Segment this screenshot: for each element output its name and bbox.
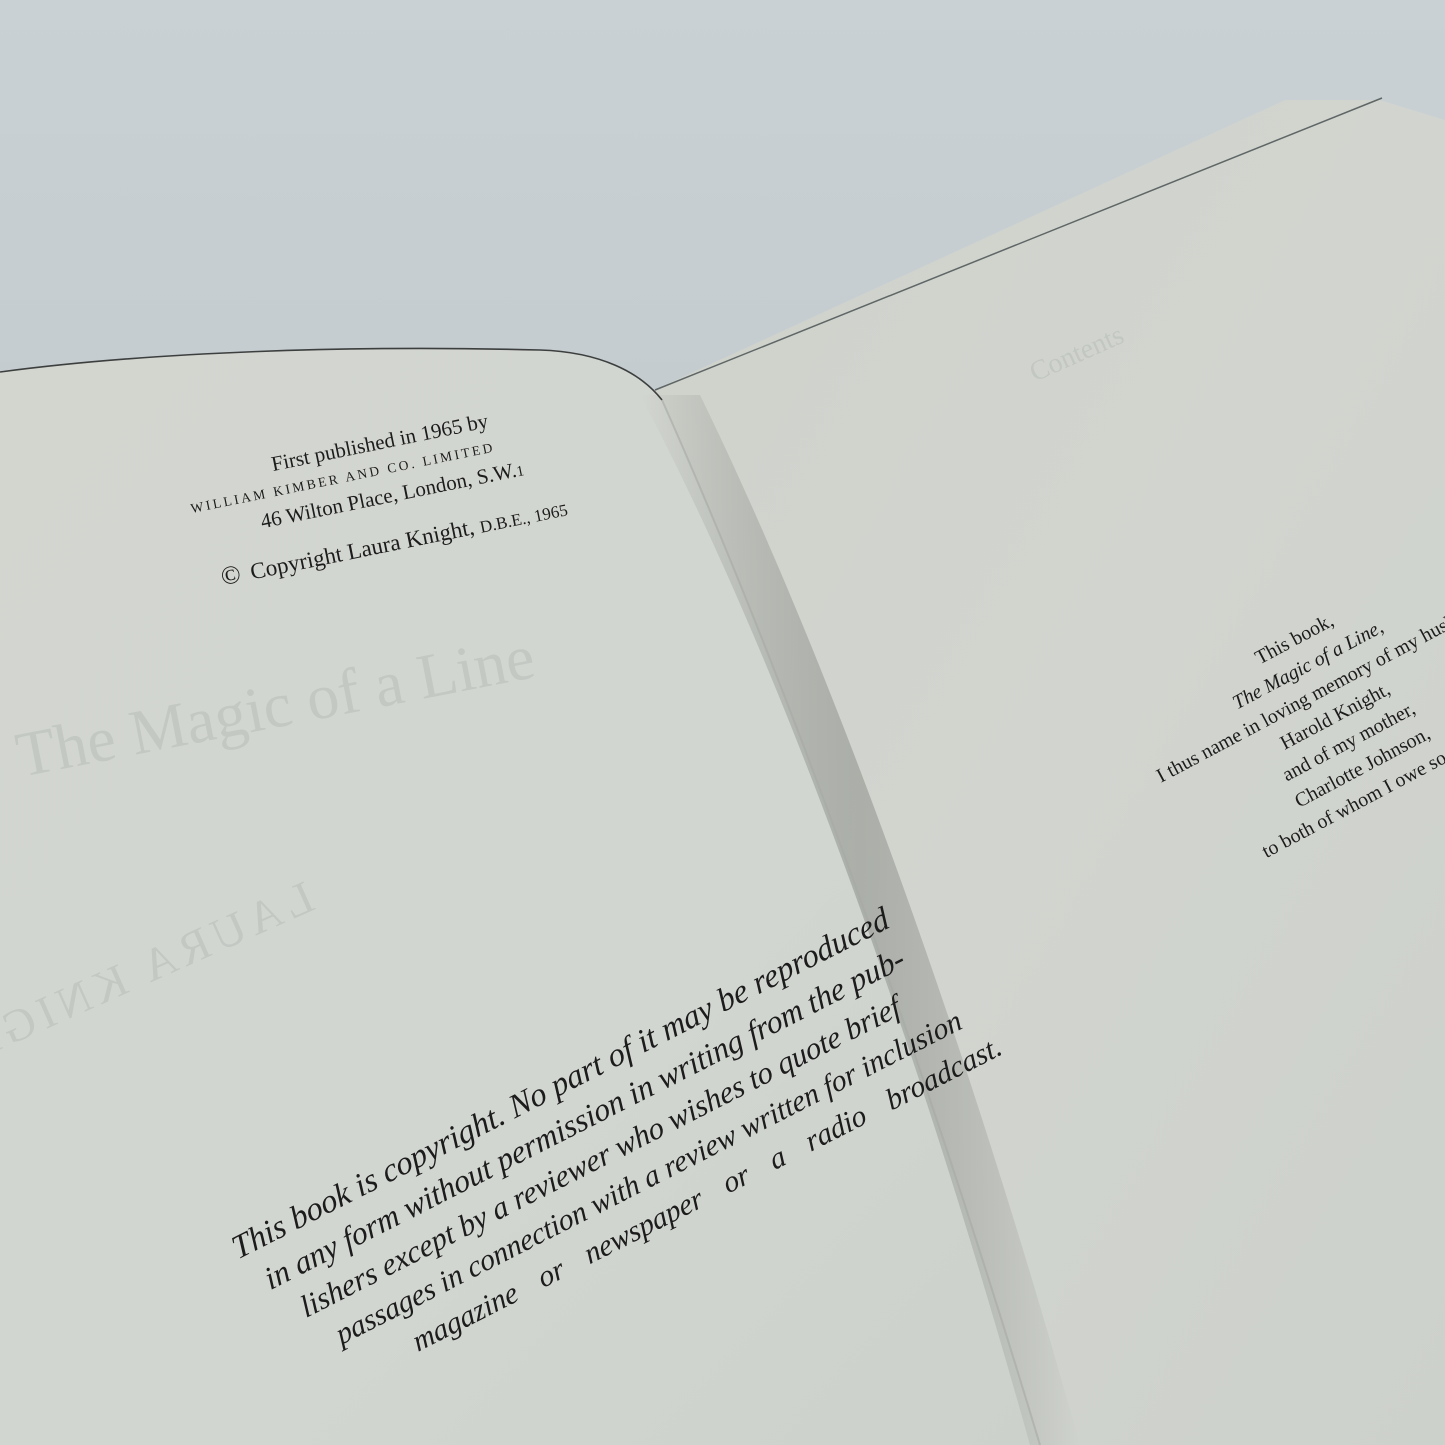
copyright-symbol-icon: ©	[219, 561, 243, 589]
